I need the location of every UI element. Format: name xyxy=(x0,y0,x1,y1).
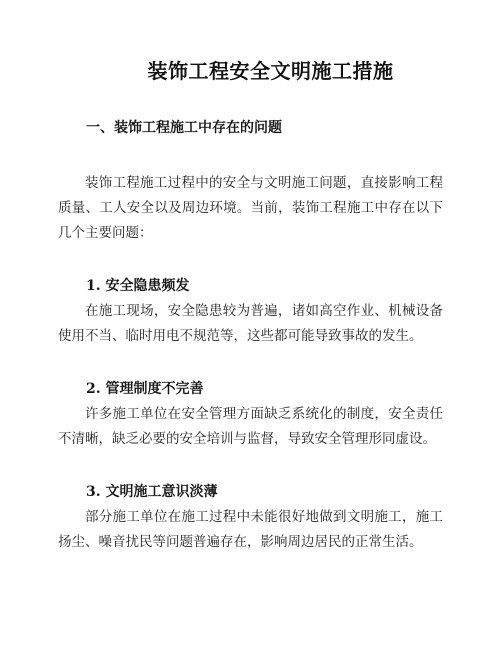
subsection-2-heading: 2. 管理制度不完善 xyxy=(58,377,443,402)
subsection-safety-hazards: 1. 安全隐患频发 在施工现场，安全隐患较为普遍，诸如高空作业、机械设备使用不当… xyxy=(58,274,443,349)
document-title: 装饰工程安全文明施工措施 xyxy=(58,56,443,86)
document-page: 装饰工程安全文明施工措施 一、装饰工程施工中存在的问题 装饰工程施工过程中的安全… xyxy=(0,0,500,647)
subsection-management-system: 2. 管理制度不完善 许多施工单位在安全管理方面缺乏系统化的制度，安全责任不清晰… xyxy=(58,377,443,452)
section-heading: 一、装饰工程施工中存在的问题 xyxy=(58,116,443,141)
subsection-1-body: 在施工现场，安全隐患较为普遍，诸如高空作业、机械设备使用不当、临时用电不规范等，… xyxy=(58,299,443,349)
subsection-civilized-construction: 3. 文明施工意识淡薄 部分施工单位在施工过程中未能很好地做到文明施工，施工扬尘… xyxy=(58,480,443,555)
subsection-2-body: 许多施工单位在安全管理方面缺乏系统化的制度，安全责任不清晰，缺乏必要的安全培训与… xyxy=(58,402,443,452)
subsection-3-body: 部分施工单位在施工过程中未能很好地做到文明施工，施工扬尘、噪音扰民等问题普遍存在… xyxy=(58,505,443,555)
subsection-3-heading: 3. 文明施工意识淡薄 xyxy=(58,480,443,505)
intro-paragraph: 装饰工程施工过程中的安全与文明施工问题，直接影响工程质量、工人安全以及周边环境。… xyxy=(58,171,443,246)
subsection-1-heading: 1. 安全隐患频发 xyxy=(58,274,443,299)
